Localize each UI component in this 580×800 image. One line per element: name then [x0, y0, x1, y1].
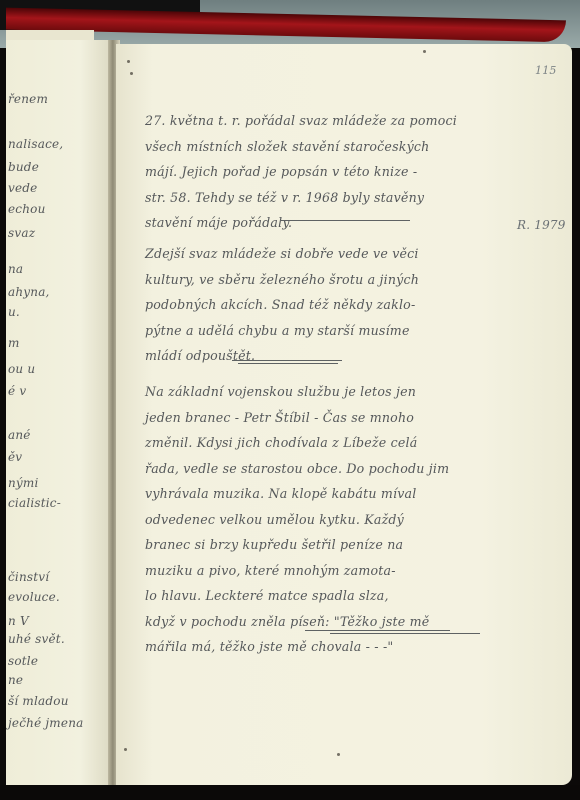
- left-page-fragment: echou: [8, 202, 46, 216]
- page-number: 115: [535, 64, 557, 77]
- text-line: podobných akcích. Snad též někdy zaklo-: [145, 292, 515, 318]
- left-page-fragment: nalisace,: [8, 137, 63, 151]
- left-page-fragment: ahyna,: [8, 285, 50, 299]
- paper-speck: [127, 60, 130, 63]
- left-page-fragment: ší mladou: [8, 694, 69, 708]
- left-page-fragment: ječhé jmena: [8, 716, 83, 730]
- paper-speck: [130, 72, 133, 75]
- left-page-fragment: é v: [8, 384, 26, 398]
- left-page-fragment: svaz: [8, 226, 35, 240]
- paragraph-2: Zdejší svaz mládeže si dobře vede ve věc…: [145, 241, 515, 369]
- paper-speck: [337, 753, 340, 756]
- text-line: mářila má, těžko jste mě chovala - - -": [145, 634, 515, 660]
- text-line: řada, vedle se starostou obce. Do pochod…: [145, 456, 515, 482]
- left-page-fragment: činství: [8, 570, 49, 584]
- text-line: májí. Jejich pořad je popsán v této kniz…: [145, 159, 515, 185]
- paragraph-3: Na základní vojenskou službu je letos je…: [145, 379, 515, 660]
- left-page: řenem nalisace, bude vede echou svaz na …: [6, 40, 112, 785]
- left-page-fragment: uhé svět.: [8, 632, 65, 646]
- left-page-fragment: bude: [8, 160, 39, 174]
- left-page-fragment: ne: [8, 673, 23, 687]
- left-page-fragment: vede: [8, 181, 37, 195]
- text-line: Na základní vojenskou službu je letos je…: [145, 379, 515, 405]
- text-line: odvedenec velkou umělou kytku. Každý: [145, 507, 515, 533]
- left-page-fragment: m: [8, 336, 20, 350]
- text-line: branec si brzy kupředu šetřil peníze na: [145, 532, 515, 558]
- text-line: muziku a pivo, které mnohým zamota-: [145, 558, 515, 584]
- text-line: str. 58. Tehdy se též v r. 1968 byly sta…: [145, 185, 515, 211]
- text-line: mládí odpouštět.: [145, 343, 515, 369]
- text-line: stavění máje pořádaly.: [145, 210, 515, 236]
- underline-rule: [280, 220, 410, 221]
- left-page-fragment: na: [8, 262, 23, 276]
- text-line: všech místních složek stavění staročeský…: [145, 134, 515, 160]
- text-line: kultury, ve sběru železného šrotu a jiný…: [145, 267, 515, 293]
- left-page-fragment: cialistic-: [8, 496, 61, 510]
- paper-speck: [423, 50, 426, 53]
- text-line: změnil. Kdysi jich chodívala z Líbeže ce…: [145, 430, 515, 456]
- underline-rule: [238, 363, 338, 364]
- paper-speck: [124, 748, 127, 751]
- left-page-fragment: u.: [8, 305, 20, 319]
- text-line: vyhrávala muzika. Na klopě kabátu míval: [145, 481, 515, 507]
- text-line: jeden branec - Petr Štíbil - Čas se mnoh…: [145, 405, 515, 431]
- underline-rule: [330, 633, 480, 634]
- margin-year-note: R. 1979: [517, 218, 566, 232]
- text-line: 27. května t. r. pořádal svaz mládeže za…: [145, 108, 515, 134]
- left-page-fragment: nými: [8, 476, 39, 490]
- underline-rule: [232, 360, 342, 361]
- text-line: pýtne a udělá chybu a my starší musíme: [145, 318, 515, 344]
- left-page-fragment: řenem: [8, 92, 48, 106]
- left-page-fragment: n V: [8, 614, 29, 628]
- left-page-fragment: sotle: [8, 654, 38, 668]
- left-page-fragment: ané: [8, 428, 31, 442]
- left-page-fragment: ěv: [8, 450, 22, 464]
- text-line: Zdejší svaz mládeže si dobře vede ve věc…: [145, 241, 515, 267]
- text-line: lo hlavu. Leckteré matce spadla slza,: [145, 583, 515, 609]
- paragraph-1: 27. května t. r. pořádal svaz mládeže za…: [145, 108, 515, 236]
- background-bottom: [0, 785, 580, 800]
- left-page-fragment: evoluce.: [8, 590, 60, 604]
- underline-rule: [305, 630, 450, 631]
- left-page-fragment: ou u: [8, 362, 35, 376]
